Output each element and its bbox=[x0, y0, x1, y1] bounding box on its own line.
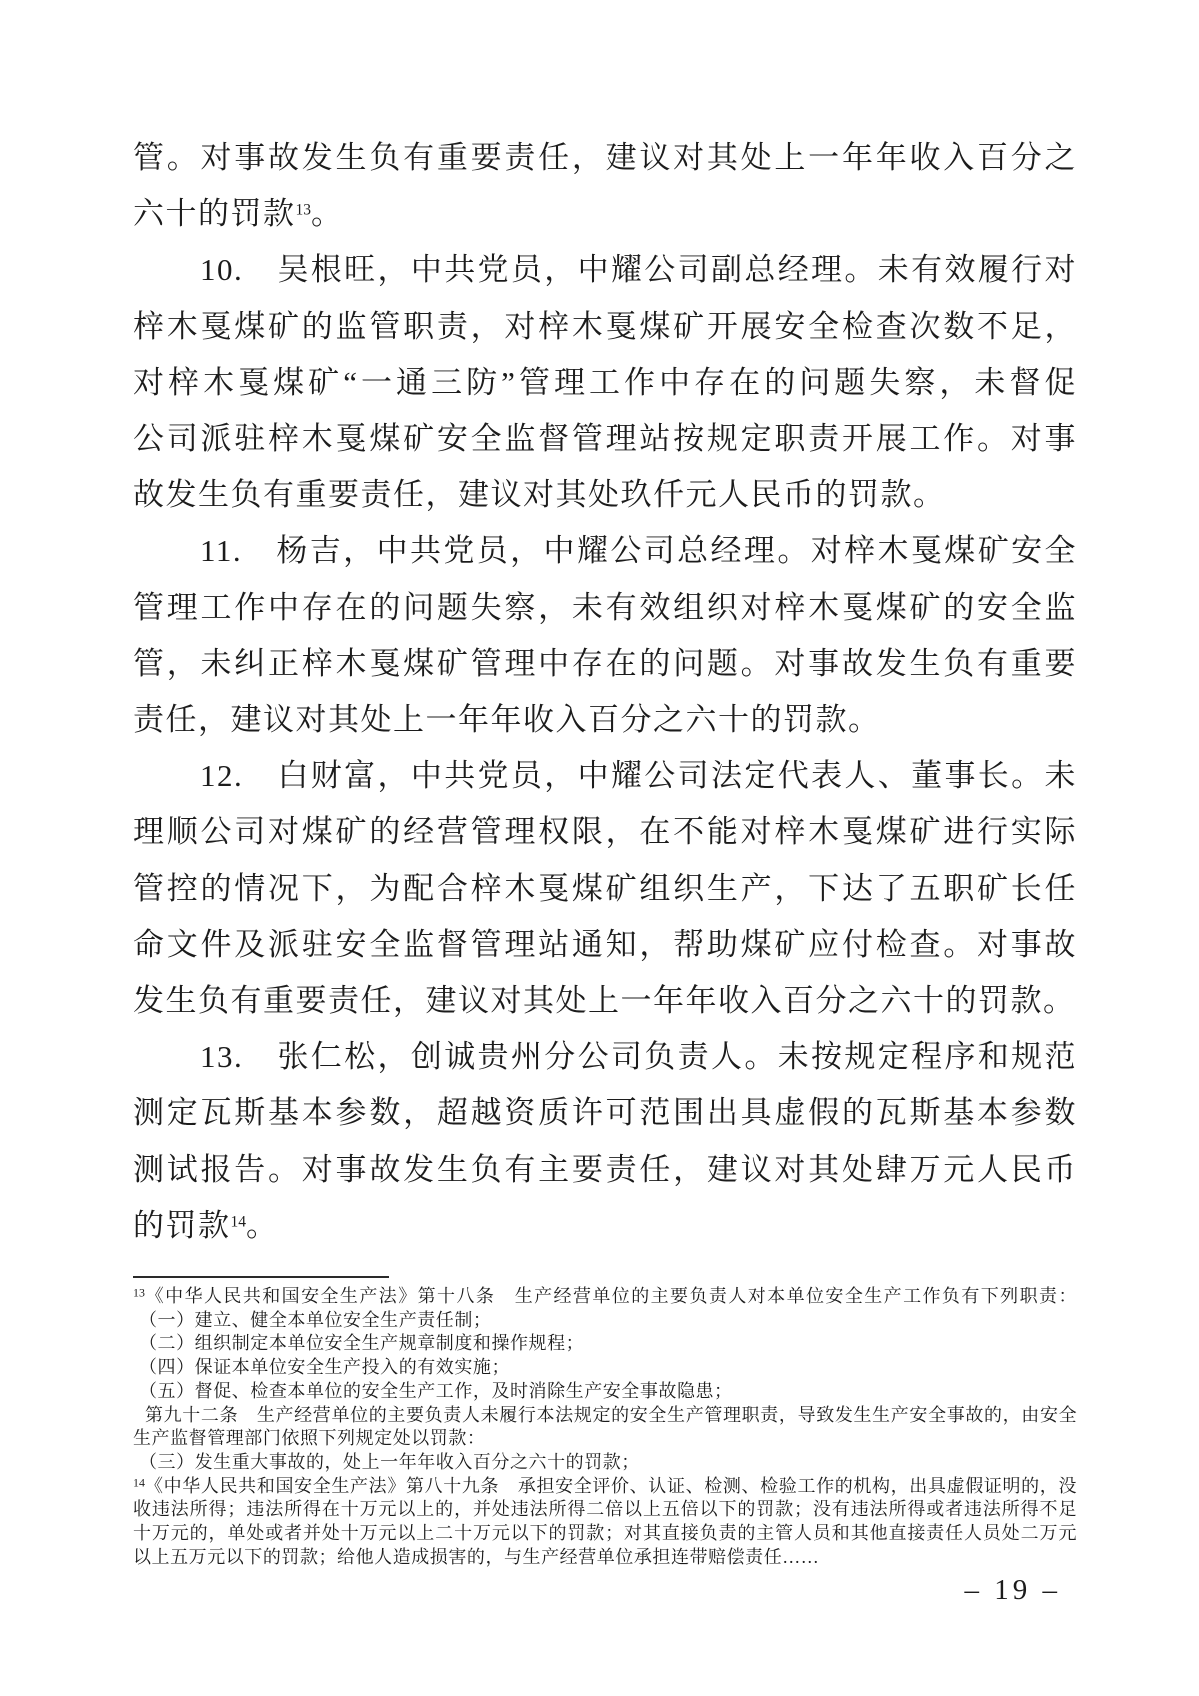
body-line: 理顺公司对煤矿的经营管理权限，在不能对梓木戛煤矿进行实际 bbox=[133, 804, 1077, 860]
body-line: 管。对事故发生负有重要责任，建议对其处上一年年收入百分之 bbox=[133, 130, 1077, 186]
footnote-line: 以上五万元以下的罚款；给他人造成损害的，与生产经营单位承担连带赔偿责任…… bbox=[133, 1546, 1077, 1570]
footnote-reference: 14 bbox=[231, 1214, 247, 1231]
footnote-line: （三）发生重大事故的，处上一年年收入百分之六十的罚款； bbox=[133, 1451, 1077, 1475]
footnote-marker: 14 bbox=[133, 1475, 145, 1489]
body-line: 责任，建议对其处上一年年收入百分之六十的罚款。 bbox=[133, 692, 1077, 748]
body-line: 命文件及派驻安全监督管理站通知，帮助煤矿应付检查。对事故 bbox=[133, 917, 1077, 973]
body-line: 故发生负有重要责任，建议对其处玖仟元人民币的罚款。 bbox=[133, 467, 1077, 523]
footnote-line: （五）督促、检查本单位的安全生产工作，及时消除生产安全事故隐患； bbox=[133, 1380, 1077, 1404]
body-line: 11. 杨吉，中共党员，中耀公司总经理。对梓木戛煤矿安全 bbox=[133, 523, 1077, 579]
footnote-line: 生产监督管理部门依照下列规定处以罚款： bbox=[133, 1427, 1077, 1451]
footnote-line: 13《中华人民共和国安全生产法》第十八条 生产经营单位的主要负责人对本单位安全生… bbox=[133, 1285, 1077, 1309]
body-line: 测定瓦斯基本参数，超越资质许可范围出具虚假的瓦斯基本参数 bbox=[133, 1085, 1077, 1141]
body-paragraph: 13. 张仁松，创诚贵州分公司负责人。未按规定程序和规范测定瓦斯基本参数，超越资… bbox=[133, 1029, 1077, 1254]
body-line: 对梓木戛煤矿“一通三防”管理工作中存在的问题失察，未督促 bbox=[133, 355, 1077, 411]
document-body: 管。对事故发生负有重要责任，建议对其处上一年年收入百分之六十的罚款13。10. … bbox=[133, 130, 1077, 1254]
footnote-line: 第九十二条 生产经营单位的主要负责人未履行本法规定的安全生产管理职责，导致发生生… bbox=[133, 1404, 1077, 1428]
footnotes-section: 13《中华人民共和国安全生产法》第十八条 生产经营单位的主要负责人对本单位安全生… bbox=[133, 1285, 1077, 1569]
body-line: 12. 白财富，中共党员，中耀公司法定代表人、董事长。未 bbox=[133, 748, 1077, 804]
body-line: 10. 吴根旺，中共党员，中耀公司副总经理。未有效履行对 bbox=[133, 242, 1077, 298]
body-paragraph: 11. 杨吉，中共党员，中耀公司总经理。对梓木戛煤矿安全管理工作中存在的问题失察… bbox=[133, 523, 1077, 748]
footnote-separator bbox=[133, 1276, 389, 1278]
body-line: 发生负有重要责任，建议对其处上一年年收入百分之六十的罚款。 bbox=[133, 973, 1077, 1029]
footnote-line: 十万元的，单处或者并处十万元以上二十万元以下的罚款；对其直接负责的主管人员和其他… bbox=[133, 1522, 1077, 1546]
footnote-line: （一）建立、健全本单位安全生产责任制； bbox=[133, 1309, 1077, 1333]
body-line: 公司派驻梓木戛煤矿安全监督管理站按规定职责开展工作。对事 bbox=[133, 411, 1077, 467]
body-line: 13. 张仁松，创诚贵州分公司负责人。未按规定程序和规范 bbox=[133, 1029, 1077, 1085]
body-line: 管，未纠正梓木戛煤矿管理中存在的问题。对事故发生负有重要 bbox=[133, 636, 1077, 692]
document-page: 管。对事故发生负有重要责任，建议对其处上一年年收入百分之六十的罚款13。10. … bbox=[0, 0, 1199, 1696]
footnote-line: 收违法所得；违法所得在十万元以上的，并处违法所得二倍以上五倍以下的罚款；没有违法… bbox=[133, 1498, 1077, 1522]
body-line: 六十的罚款13。 bbox=[133, 186, 1077, 242]
body-paragraph: 12. 白财富，中共党员，中耀公司法定代表人、董事长。未理顺公司对煤矿的经营管理… bbox=[133, 748, 1077, 1029]
footnote-reference: 13 bbox=[296, 202, 312, 219]
footnote-line: （四）保证本单位安全生产投入的有效实施； bbox=[133, 1356, 1077, 1380]
body-line: 的罚款14。 bbox=[133, 1198, 1077, 1254]
body-line: 管控的情况下，为配合梓木戛煤矿组织生产，下达了五职矿长任 bbox=[133, 861, 1077, 917]
body-line: 管理工作中存在的问题失察，未有效组织对梓木戛煤矿的安全监 bbox=[133, 580, 1077, 636]
body-paragraph: 管。对事故发生负有重要责任，建议对其处上一年年收入百分之六十的罚款13。 bbox=[133, 130, 1077, 242]
footnote-line: （二）组织制定本单位安全生产规章制度和操作规程； bbox=[133, 1332, 1077, 1356]
body-line: 测试报告。对事故发生负有主要责任，建议对其处肆万元人民币 bbox=[133, 1142, 1077, 1198]
body-paragraph: 10. 吴根旺，中共党员，中耀公司副总经理。未有效履行对梓木戛煤矿的监管职责，对… bbox=[133, 242, 1077, 523]
footnote-line: 14《中华人民共和国安全生产法》第八十九条 承担安全评价、认证、检测、检验工作的… bbox=[133, 1475, 1077, 1499]
page-number: – 19 – bbox=[965, 1574, 1062, 1607]
footnote-marker: 13 bbox=[133, 1286, 145, 1300]
body-line: 梓木戛煤矿的监管职责，对梓木戛煤矿开展安全检查次数不足， bbox=[133, 299, 1077, 355]
